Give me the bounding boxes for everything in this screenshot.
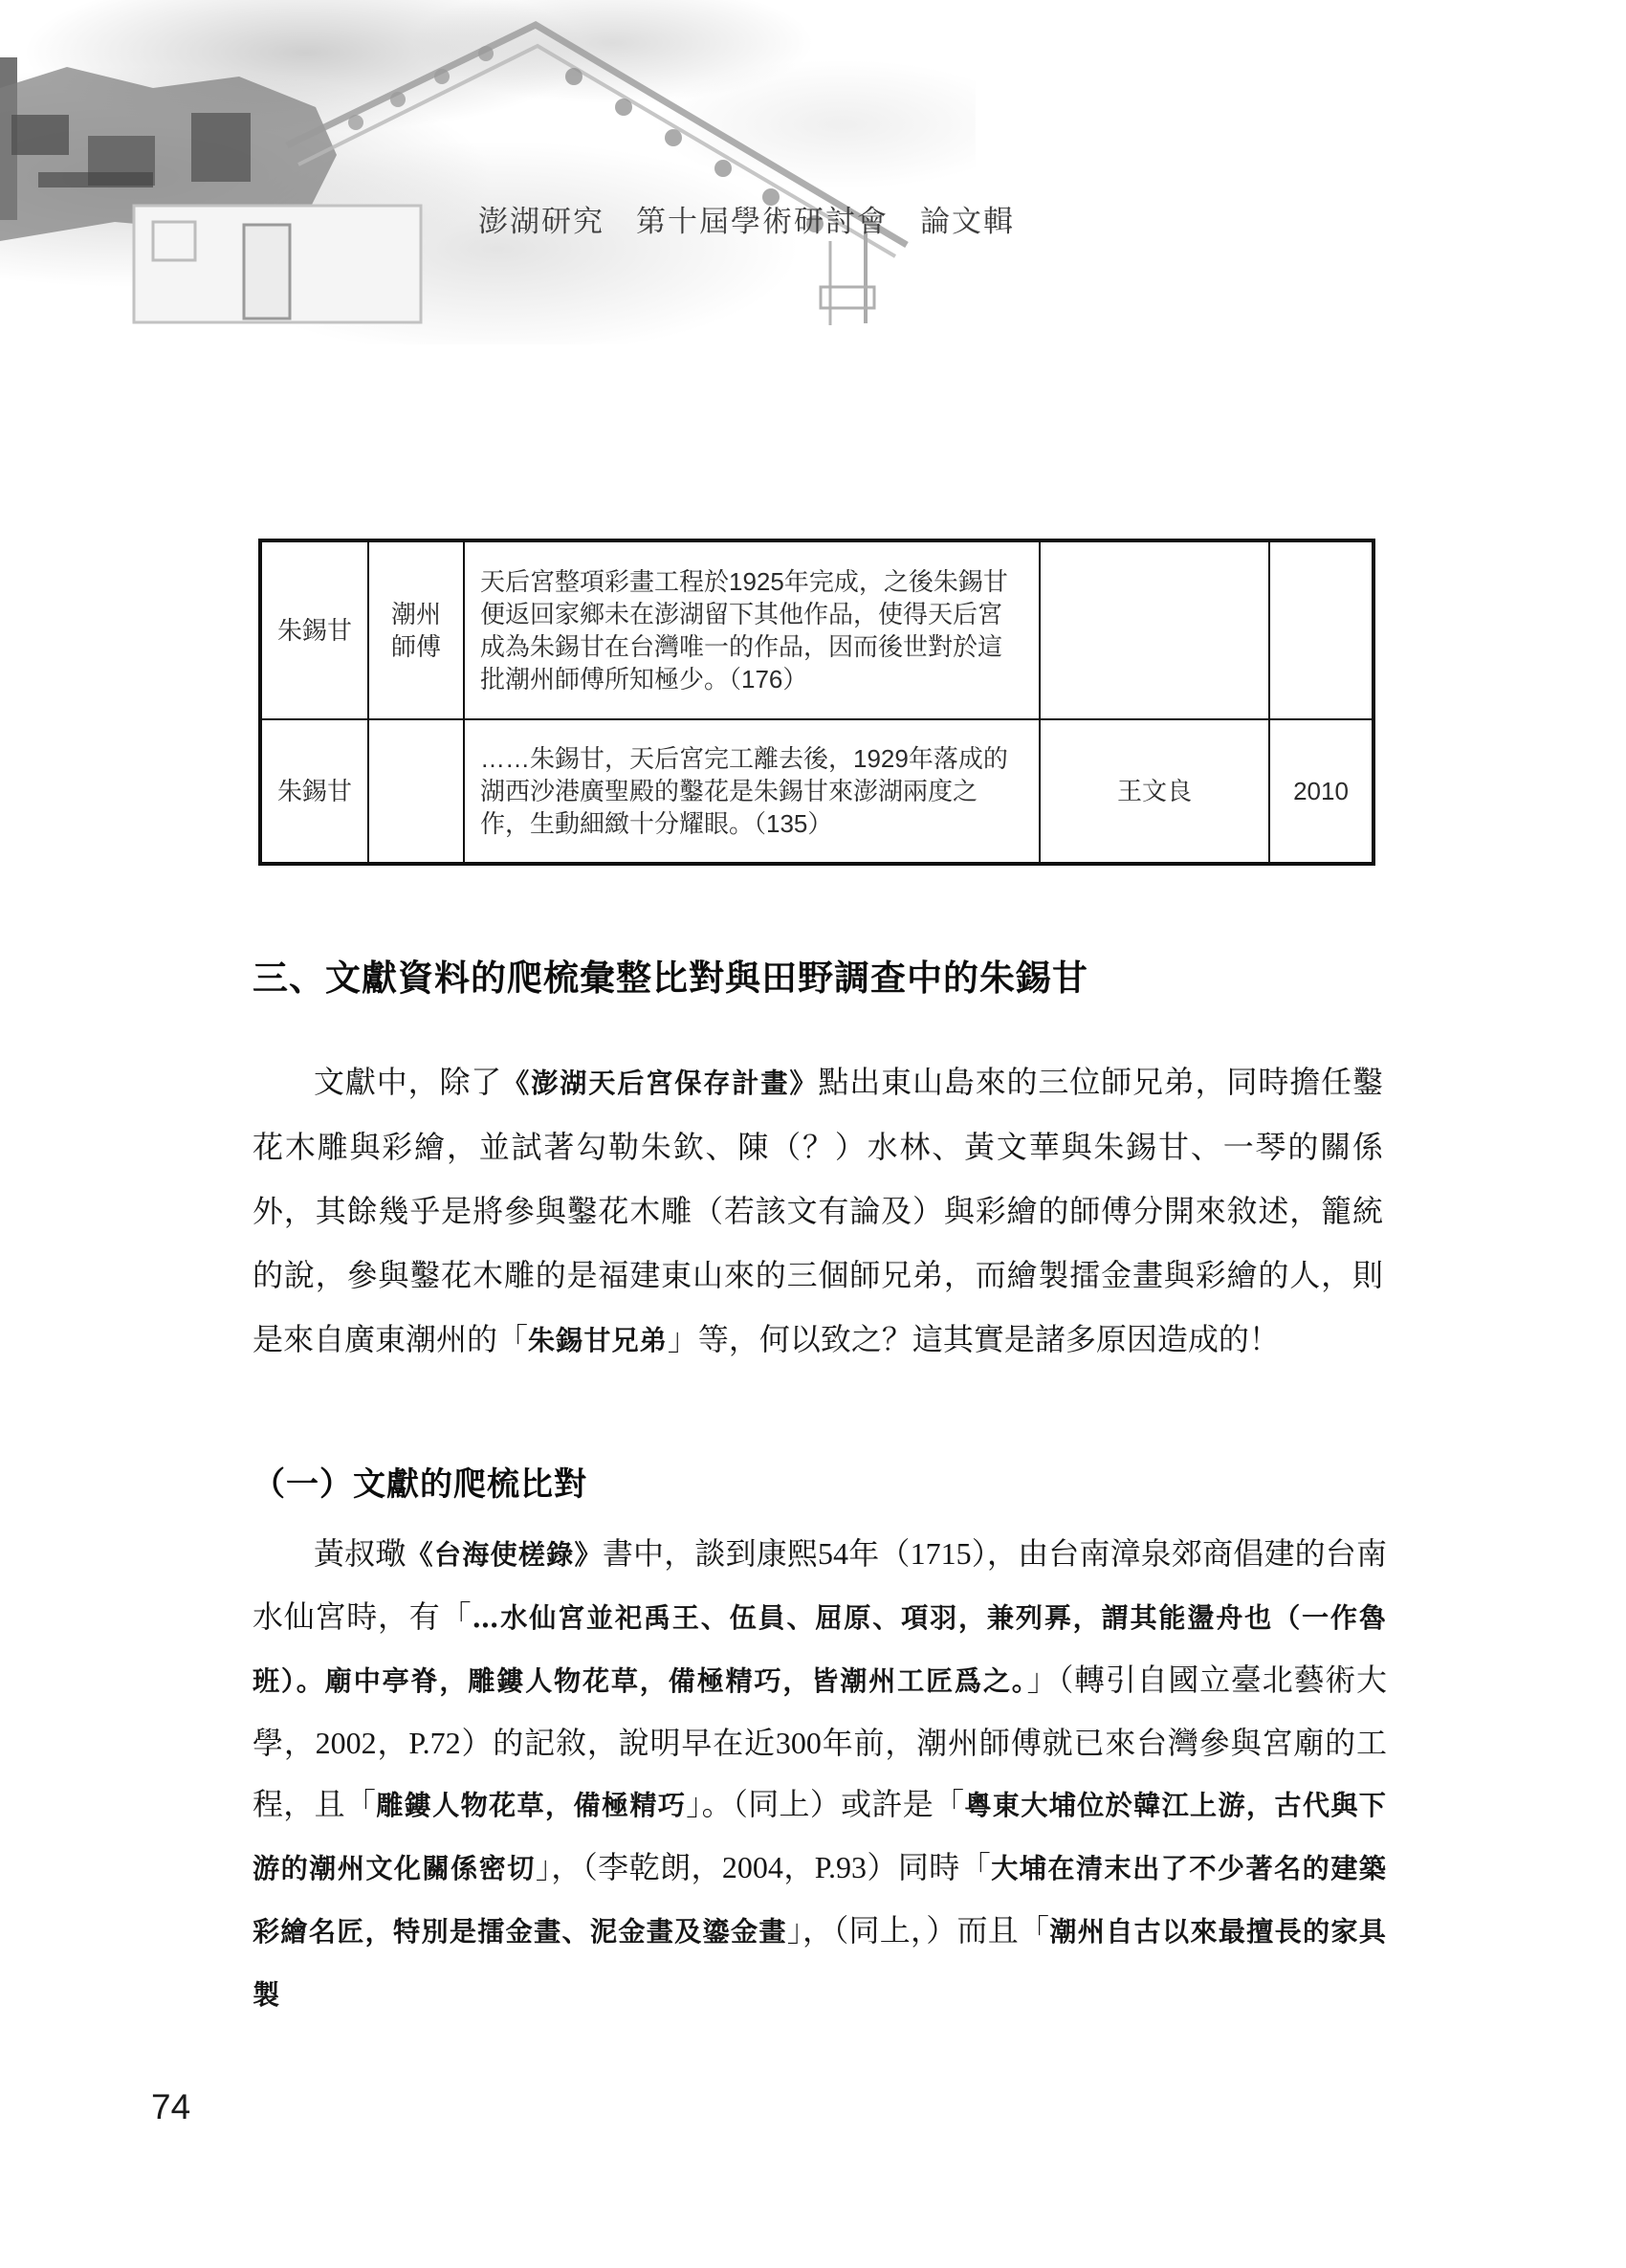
- quoted-kai-text: 《澎湖天后宮保存計畫》: [502, 1068, 818, 1099]
- text-run: 文獻中，除了: [314, 1065, 502, 1099]
- table-cell: 朱錫甘: [260, 540, 368, 719]
- paragraph-literature-overview: 文獻中，除了《澎湖天后宮保存計畫》點出東山島來的三位師兄弟，同時擔任鑿花木雕與彩…: [253, 1050, 1383, 1373]
- text-run: 」。（同上）或許是「: [686, 1787, 964, 1821]
- journal-header-title: 澎湖研究 第十屆學術研討會 論文輯: [478, 197, 1015, 240]
- table-row: 朱錫甘潮州 師傅天后宮整項彩畫工程於1925年完成，之後朱錫甘便返回家鄉未在澎湖…: [260, 540, 1373, 719]
- text-run: 點出東山島來的三位師兄弟，同時擔任鑿花木雕與彩繪，並試著勾勒朱欽、陳（？）水林、…: [253, 1065, 1383, 1356]
- reference-table-body: 朱錫甘潮州 師傅天后宮整項彩畫工程於1925年完成，之後朱錫甘便返回家鄉未在澎湖…: [260, 540, 1373, 864]
- table-cell: [1269, 540, 1373, 719]
- table-cell: 潮州 師傅: [368, 540, 464, 719]
- table-cell: 2010: [1269, 719, 1373, 864]
- text-run: 」，（李乾朗，2004，P.93）同時「: [536, 1850, 991, 1884]
- table-cell: 天后宮整項彩畫工程於1925年完成，之後朱錫甘便返回家鄉未在澎湖留下其他作品，使…: [464, 540, 1040, 719]
- text-run: 」，（同上，）而且「: [787, 1913, 1050, 1948]
- table-cell: 王文良: [1040, 719, 1269, 864]
- header-illustration: [0, 0, 976, 344]
- quoted-kai-text: 朱錫甘兄弟: [528, 1325, 668, 1356]
- text-run: 黃叔璥: [314, 1536, 406, 1571]
- table-row: 朱錫甘……朱錫甘，天后宮完工離去後，1929年落成的湖西沙港廣聖殿的鑿花是朱錫甘…: [260, 719, 1373, 864]
- section-heading: 三、文獻資料的爬梳彙整比對與田野調查中的朱錫甘: [253, 949, 1088, 1001]
- table-cell: ……朱錫甘，天后宮完工離去後，1929年落成的湖西沙港廣聖殿的鑿花是朱錫甘來澎湖…: [464, 719, 1040, 864]
- paragraph-literature-comparison: 黃叔璥《台海使槎錄》書中，談到康熙54年（1715），由台南漳泉郊商倡建的台南水…: [253, 1523, 1387, 2026]
- page: 澎湖研究 第十屆學術研討會 論文輯 朱錫甘潮州 師傅天后宮整項彩畫工程於1925…: [0, 0, 1626, 2268]
- reference-table: 朱錫甘潮州 師傅天后宮整項彩畫工程於1925年完成，之後朱錫甘便返回家鄉未在澎湖…: [258, 539, 1375, 866]
- subsection-heading: （一）文獻的爬梳比對: [253, 1458, 587, 1505]
- text-run: 」等，何以致之？這其實是諸多原因造成的！: [668, 1322, 1280, 1356]
- table-cell: [1040, 540, 1269, 719]
- table-cell: 朱錫甘: [260, 719, 368, 864]
- quoted-kai-text: 《台海使槎錄》: [406, 1539, 603, 1571]
- temple-sketch-illustration: [0, 0, 976, 344]
- page-number: 74: [151, 2087, 190, 2127]
- quoted-kai-text: 雕鏤人物花草，備極精巧: [376, 1790, 686, 1821]
- table-cell: [368, 719, 464, 864]
